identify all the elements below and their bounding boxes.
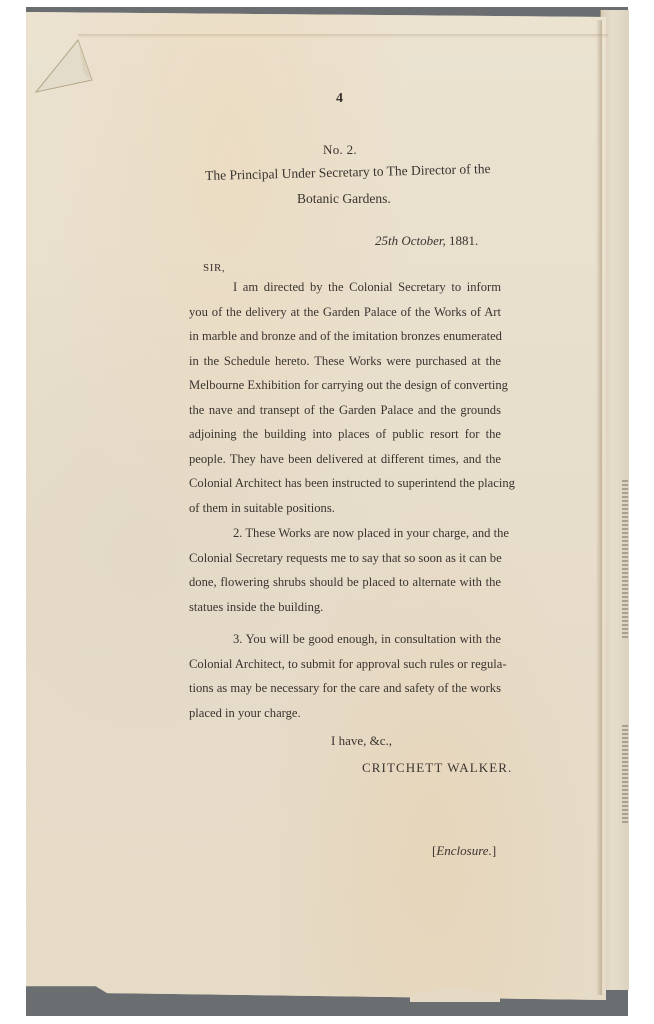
paragraph-line: of them in suitable positions. <box>189 496 501 521</box>
paragraph-line: in marble and bronze and of the imitatio… <box>189 324 501 349</box>
signature: CRITCHETT WALKER. <box>362 760 512 776</box>
document-number: No. 2. <box>323 142 357 158</box>
paragraph-line: done, flowering shrubs should be placed … <box>189 570 501 595</box>
page-edge-shadow <box>596 20 602 995</box>
paragraph-line: you of the delivery at the Garden Palace… <box>189 300 501 325</box>
letter-date: 25th October, 1881. <box>375 233 478 249</box>
enclosure-label: Enclosure. <box>436 843 491 858</box>
underlying-page-text-fragment <box>622 480 628 640</box>
paragraph-line: people. They have been delivered at diff… <box>189 447 501 472</box>
paragraph-line: tions as may be necessary for the care a… <box>189 676 501 701</box>
bracket-close: ] <box>492 843 496 858</box>
top-fold-crease <box>78 34 608 38</box>
paragraph-line: in the Schedule hereto. These Works were… <box>189 349 501 374</box>
paragraph-line: placed in your charge. <box>189 701 501 726</box>
paragraph-line: 3. You will be good enough, in consultat… <box>189 627 501 652</box>
paragraph-line: statues inside the building. <box>189 595 501 620</box>
paragraph-line: Colonial Architect, to submit for approv… <box>189 652 501 677</box>
paragraph-line: Colonial Secretary requests me to say th… <box>189 546 501 571</box>
salutation: SIR, <box>203 262 225 274</box>
paragraph-line: 2. These Works are now placed in your ch… <box>189 521 501 546</box>
date-day-month: 25th October, <box>375 233 446 248</box>
paragraph-line: Melbourne Exhibition for carrying out th… <box>189 373 501 398</box>
folded-corner-icon <box>32 32 94 98</box>
date-year: 1881. <box>449 233 478 248</box>
letter-closing: I have, &c., <box>331 733 392 749</box>
paragraph-line: the nave and transept of the Garden Pala… <box>189 398 501 423</box>
paragraph-1: I am directed by the Colonial Secretary … <box>189 275 501 520</box>
page-bottom-curl <box>410 990 500 1002</box>
paragraph-line: adjoining the building into places of pu… <box>189 422 501 447</box>
underlying-page-text-fragment <box>622 725 628 825</box>
page-number: 4 <box>336 91 343 107</box>
letter-heading-line-2: Botanic Gardens. <box>297 191 391 207</box>
paragraph-2: 2. These Works are now placed in your ch… <box>189 521 501 619</box>
enclosure-note: [Enclosure.] <box>432 843 496 859</box>
paragraph-line: Colonial Architect has been instructed t… <box>189 471 501 496</box>
paragraph-line: I am directed by the Colonial Secretary … <box>189 275 501 300</box>
paragraph-3: 3. You will be good enough, in consultat… <box>189 627 501 725</box>
